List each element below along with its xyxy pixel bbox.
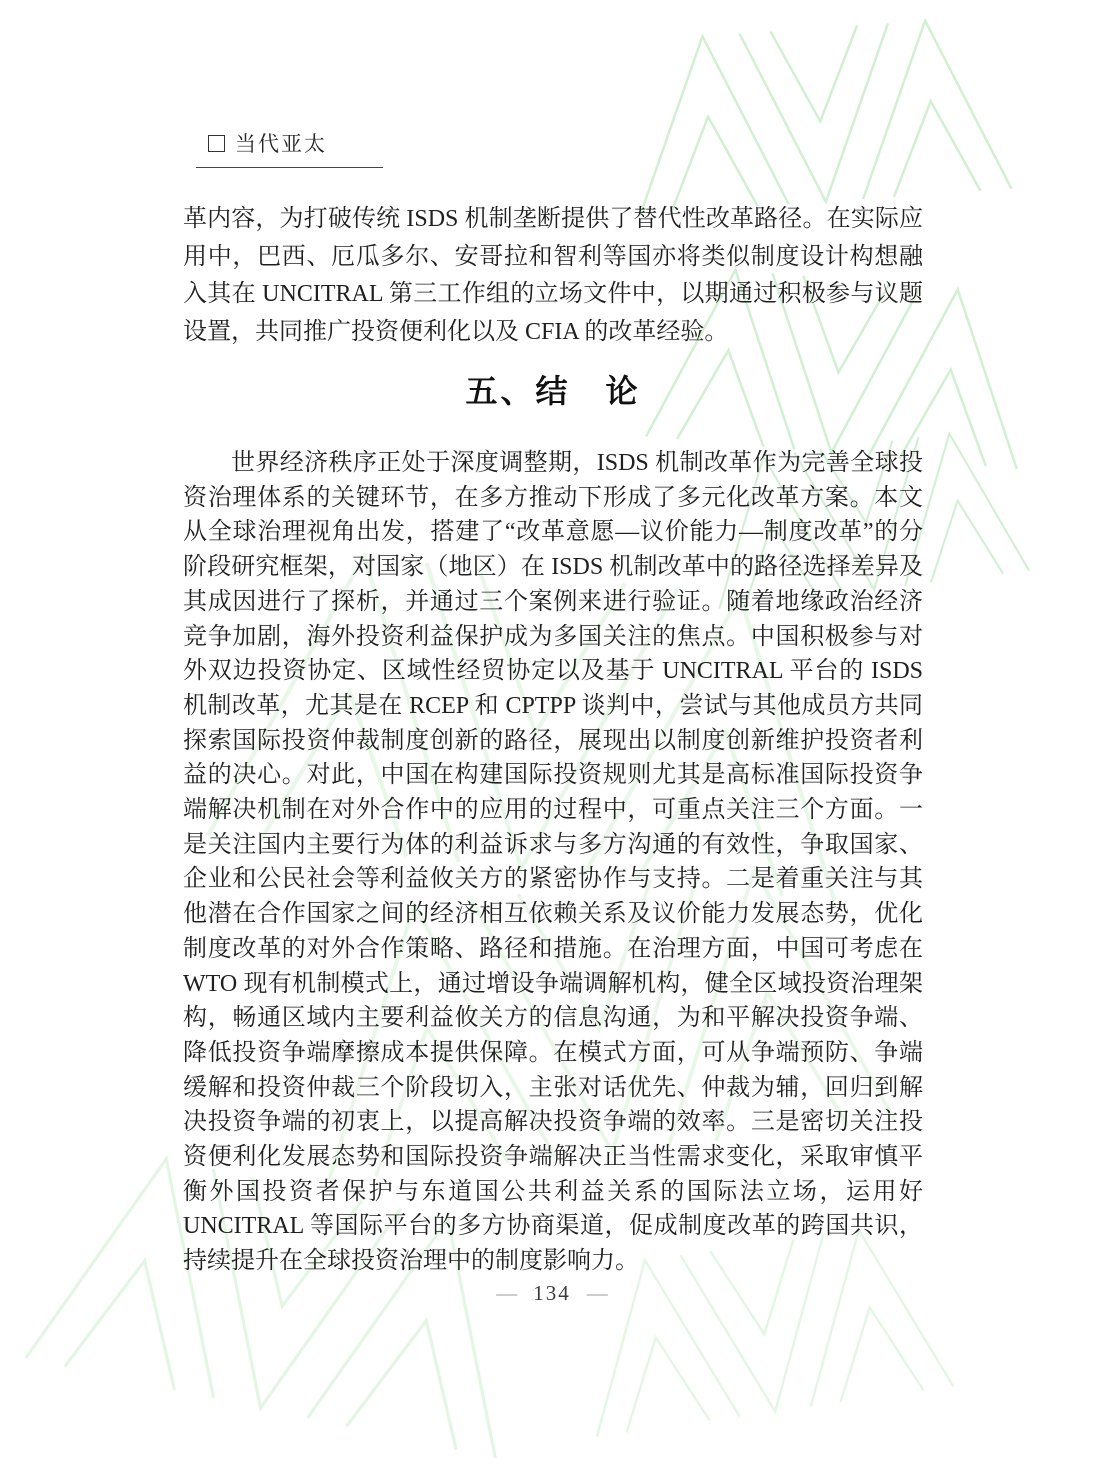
footer-dash-right: — [587,1281,608,1305]
footer-dash-left: — [496,1281,517,1305]
section-heading: 五、结 论 [183,366,923,412]
journal-header: 当代亚太 [196,128,383,168]
page-number: 134 [533,1281,571,1305]
square-outline-icon [208,135,225,152]
page-footer: —134— [0,1281,1104,1306]
paragraph-continuation: 革内容，为打破传统 ISDS 机制垄断提供了替代性改革路径。在实际应用中，巴西、… [183,201,923,351]
journal-name: 当代亚太 [235,128,327,158]
paragraph-conclusion: 世界经济秩序正处于深度调整期，ISDS 机制改革作为完善全球投资治理体系的关键环… [183,446,923,1279]
document-page: 当代亚太 革内容，为打破传统 ISDS 机制垄断提供了替代性改革路径。在实际应用… [0,0,1104,1476]
